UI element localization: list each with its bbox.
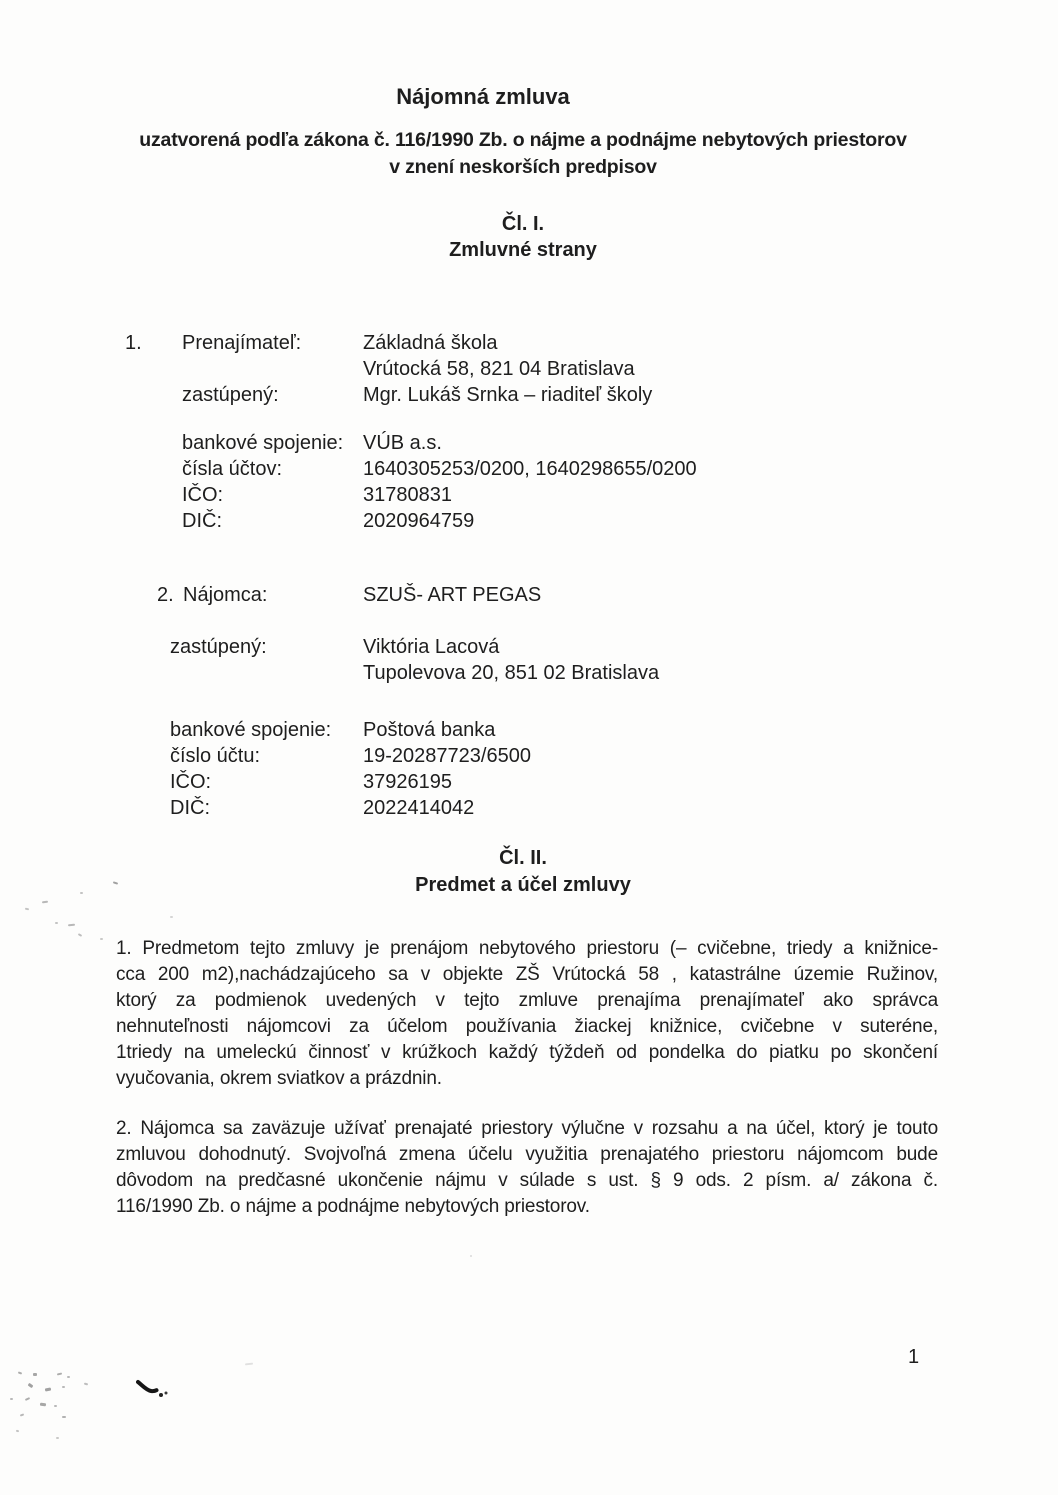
paragraph-2: 2. Nájomca sa zaväzuje užívať prenajaté … [116, 1116, 938, 1220]
paragraph-line: zmluvou dohodnutý. Svojvoľná zmena účelu… [116, 1142, 938, 1168]
field-label: zastúpený: [170, 634, 363, 660]
scan-speckle [40, 1403, 46, 1407]
field-label: bankové spojenie: [182, 430, 363, 456]
scan-speckle [20, 1413, 24, 1416]
field-label: číslo účtu: [170, 743, 363, 769]
landlord-bank-row: čísla účtov: 1640305253/0200, 1640298655… [125, 456, 697, 482]
scan-speckle [470, 1255, 472, 1257]
field-label: čísla účtov: [182, 456, 363, 482]
paragraph-line: 1triedy na umeleckú činnosť v krúžkoch k… [116, 1040, 938, 1066]
field-value: VÚB a.s. [363, 430, 442, 456]
document-subtitle-line1: uzatvorená podľa zákona č. 116/1990 Zb. … [113, 127, 933, 154]
landlord-bank-row: DIČ: 2020964759 [125, 508, 697, 534]
scan-speckle [18, 1371, 22, 1374]
scan-speckle [55, 922, 58, 924]
tenant-row: 2. Nájomca: SZUŠ- ART PEGAS [157, 582, 659, 608]
document-subtitle-line2: v znení neskorších predpisov [113, 154, 933, 181]
spacer [125, 408, 697, 430]
paragraph-line: 1. Predmetom tejto zmluvy je prenájom ne… [116, 936, 938, 962]
tenant-bank-row: IČO: 37926195 [157, 769, 659, 795]
scan-speckle [80, 892, 83, 894]
scan-speckle [57, 1373, 62, 1376]
ink-mark [136, 1379, 170, 1401]
field-label: DIČ: [170, 795, 363, 821]
field-value: Základná škola [363, 330, 498, 356]
tenant-row: Tupolevova 20, 851 02 Bratislava [157, 660, 659, 686]
article-1-title: Zmluvné strany [113, 237, 933, 263]
field-value: 1640305253/0200, 1640298655/0200 [363, 456, 697, 482]
scan-speckle [56, 1437, 59, 1439]
spacer [157, 608, 659, 634]
field-value: 2020964759 [363, 508, 474, 534]
scan-speckle [84, 1383, 88, 1386]
landlord-bank-row: IČO: 31780831 [125, 482, 697, 508]
tenant-bank-row: číslo účtu: 19-20287723/6500 [157, 743, 659, 769]
document-subtitle: uzatvorená podľa zákona č. 116/1990 Zb. … [113, 127, 933, 181]
field-value: Mgr. Lukáš Srnka – riaditeľ školy [363, 382, 652, 408]
tenant-bank-row: DIČ: 2022414042 [157, 795, 659, 821]
field-value: SZUŠ- ART PEGAS [363, 582, 541, 608]
landlord-bank-row: bankové spojenie: VÚB a.s. [125, 430, 697, 456]
field-label: bankové spojenie: [170, 717, 363, 743]
scan-speckle [62, 1386, 65, 1388]
landlord-row: zastúpený: Mgr. Lukáš Srnka – riaditeľ š… [125, 382, 697, 408]
paragraph-line: ktorý za podmienok uvedených v tejto zml… [116, 988, 938, 1014]
landlord-row: Vrútocká 58, 821 04 Bratislava [125, 356, 697, 382]
scan-speckle [45, 1388, 51, 1392]
scan-speckle [16, 1430, 19, 1432]
field-label: Prenajímateľ: [182, 330, 363, 356]
spacer [125, 430, 182, 456]
article-1-number: Čl. I. [113, 211, 933, 237]
field-label: IČO: [170, 769, 363, 795]
scan-speckle [33, 1373, 37, 1376]
article-2-title: Predmet a účel zmluvy [113, 872, 933, 899]
contract-page: Nájomná zmluva uzatvorená podľa zákona č… [0, 0, 1058, 1495]
field-label: IČO: [182, 482, 363, 508]
field-value: Viktória Lacová [363, 634, 499, 660]
document-title: Nájomná zmluva [73, 84, 893, 110]
tenant-bank-row: bankové spojenie: Poštová banka [157, 717, 659, 743]
article-1-heading: Čl. I. Zmluvné strany [113, 211, 933, 263]
field-value: Vrútocká 58, 821 04 Bratislava [363, 356, 635, 382]
paragraph-line: 116/1990 Zb. o nájme a podnájme nebytový… [116, 1194, 938, 1220]
scan-speckle [25, 908, 29, 911]
tenant-section: 2. Nájomca: SZUŠ- ART PEGAS zastúpený: V… [157, 582, 659, 821]
field-value: 31780831 [363, 482, 452, 508]
scan-speckle [170, 916, 173, 918]
spacer [125, 456, 182, 482]
field-value: Tupolevova 20, 851 02 Bratislava [363, 660, 659, 686]
field-value: 19-20287723/6500 [363, 743, 531, 769]
field-value: Poštová banka [363, 717, 495, 743]
paragraph-1: 1. Predmetom tejto zmluvy je prenájom ne… [116, 936, 938, 1092]
landlord-index: 1. [125, 330, 182, 356]
spacer [125, 382, 182, 408]
scan-speckle [245, 1363, 253, 1366]
tenant-row: zastúpený: Viktória Lacová [157, 634, 659, 660]
paragraph-line: vyučovania, okrem sviatkov a prázdnin. [116, 1066, 938, 1092]
field-label: zastúpený: [182, 382, 363, 408]
scan-speckle [25, 1397, 30, 1401]
scan-speckle [68, 924, 75, 927]
field-label: Nájomca: [183, 582, 363, 608]
scan-speckle [78, 933, 82, 937]
scan-speckle [28, 1383, 34, 1388]
spacer [125, 482, 182, 508]
scan-speckle [54, 1405, 57, 1407]
field-value: 2022414042 [363, 795, 474, 821]
scan-speckle [62, 1416, 66, 1418]
scan-speckle [100, 938, 103, 940]
paragraph-line: nehnuteľnosti nájomcovi za účelom použív… [116, 1014, 938, 1040]
paragraph-line: 2. Nájomca sa zaväzuje užívať prenajaté … [116, 1116, 938, 1142]
paragraph-line: dôvodom na predčasné ukončenie nájmu v s… [116, 1168, 938, 1194]
landlord-section: 1. Prenajímateľ: Základná škola Vrútocká… [125, 330, 697, 534]
spacer [125, 356, 182, 382]
article-2-heading: Čl. II. Predmet a účel zmluvy [113, 845, 933, 899]
scan-speckle [42, 901, 48, 904]
field-label [182, 356, 363, 382]
paragraph-line: cca 200 m2),nachádzajúceho sa v objekte … [116, 962, 938, 988]
scan-speckle [67, 1376, 70, 1378]
tenant-index: 2. [157, 582, 183, 608]
page-number: 1 [908, 1346, 919, 1369]
spacer [157, 686, 659, 717]
scan-speckle [10, 1398, 13, 1400]
landlord-row: 1. Prenajímateľ: Základná škola [125, 330, 697, 356]
field-value: 37926195 [363, 769, 452, 795]
spacer [125, 508, 182, 534]
article-2-number: Čl. II. [113, 845, 933, 872]
field-label [170, 660, 363, 686]
field-label: DIČ: [182, 508, 363, 534]
